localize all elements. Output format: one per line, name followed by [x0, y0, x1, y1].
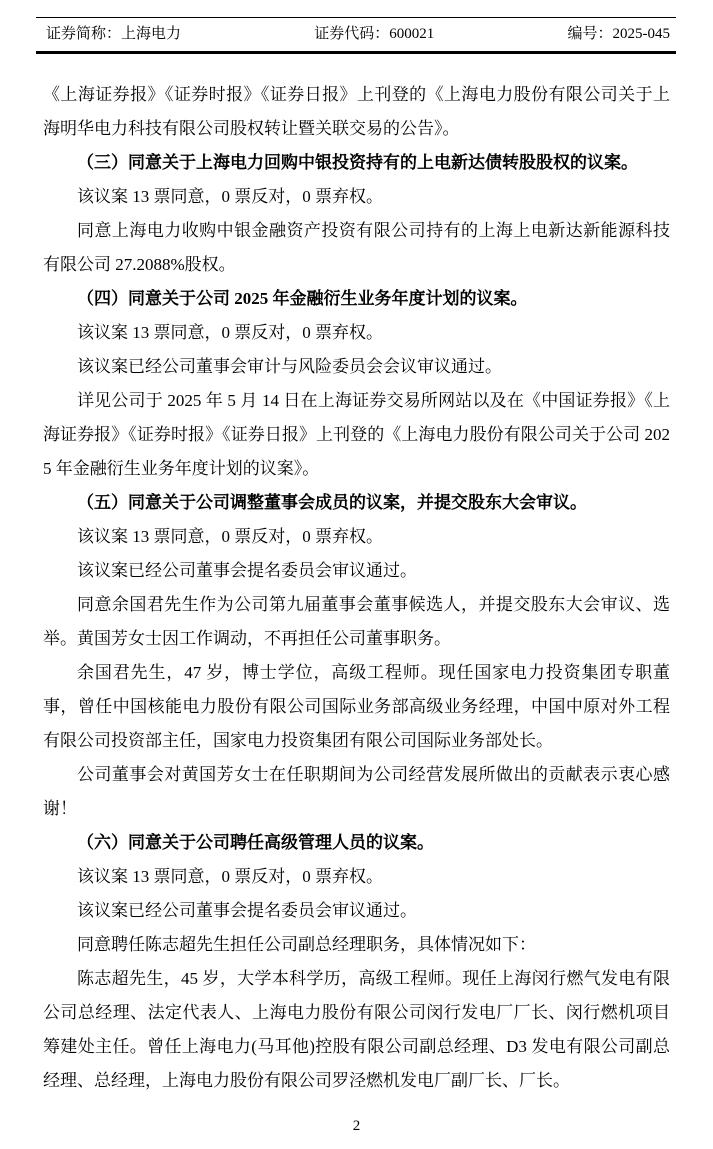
- document-page: 证券简称：上海电力 证券代码：600021 编号：2025-045 《上海证券报…: [0, 0, 713, 1149]
- body-paragraph: 详见公司于 2025 年 5 月 14 日在上海证券交易所网站以及在《中国证券报…: [43, 384, 670, 486]
- section-heading-4: （四）同意关于公司 2025 年金融衍生业务年度计划的议案。: [43, 282, 670, 316]
- body-paragraph: 该议案已经公司董事会提名委员会审议通过。: [43, 894, 670, 928]
- body-paragraph: 公司董事会对黄国芳女士在任职期间为公司经营发展所做出的贡献表示衷心感谢！: [43, 758, 670, 826]
- document-body: 《上海证券报》《证券时报》《证券日报》上刊登的《上海电力股份有限公司关于上海明华…: [43, 78, 670, 1098]
- section-heading-6: （六）同意关于公司聘任高级管理人员的议案。: [43, 826, 670, 860]
- body-paragraph: 余国君先生，47 岁，博士学位，高级工程师。现任国家电力投资集团专职董事，曾任中…: [43, 656, 670, 758]
- body-paragraph: 该议案已经公司董事会提名委员会审议通过。: [43, 554, 670, 588]
- section-heading-3: （三）同意关于上海电力回购中银投资持有的上电新达债转股股权的议案。: [43, 146, 670, 180]
- announcement-number: 编号：2025-045: [568, 25, 671, 44]
- body-paragraph: 陈志超先生，45 岁，大学本科学历，高级工程师。现任上海闵行燃气发电有限公司总经…: [43, 962, 670, 1098]
- body-paragraph: 该议案 13 票同意，0 票反对，0 票弃权。: [43, 316, 670, 350]
- body-paragraph: 《上海证券报》《证券时报》《证券日报》上刊登的《上海电力股份有限公司关于上海明华…: [43, 78, 670, 146]
- body-paragraph: 该议案已经公司董事会审计与风险委员会会议审议通过。: [43, 350, 670, 384]
- body-paragraph: 该议案 13 票同意，0 票反对，0 票弃权。: [43, 520, 670, 554]
- page-footer: 2: [0, 1116, 713, 1136]
- body-paragraph: 同意上海电力收购中银金融资产投资有限公司持有的上海上电新达新能源科技有限公司 2…: [43, 214, 670, 282]
- document-header: 证券简称：上海电力 证券代码：600021 编号：2025-045: [36, 17, 676, 54]
- section-heading-5: （五）同意关于公司调整董事会成员的议案，并提交股东大会审议。: [43, 486, 670, 520]
- body-paragraph: 同意聘任陈志超先生担任公司副总经理职务，具体情况如下：: [43, 928, 670, 962]
- security-abbreviation: 证券简称：上海电力: [46, 25, 181, 44]
- body-paragraph: 该议案 13 票同意，0 票反对，0 票弃权。: [43, 860, 670, 894]
- body-paragraph: 同意余国君先生作为公司第九届董事会董事候选人，并提交股东大会审议、选举。黄国芳女…: [43, 588, 670, 656]
- page-number: 2: [353, 1118, 361, 1134]
- security-code: 证券代码：600021: [314, 25, 434, 44]
- body-paragraph: 该议案 13 票同意，0 票反对，0 票弃权。: [43, 180, 670, 214]
